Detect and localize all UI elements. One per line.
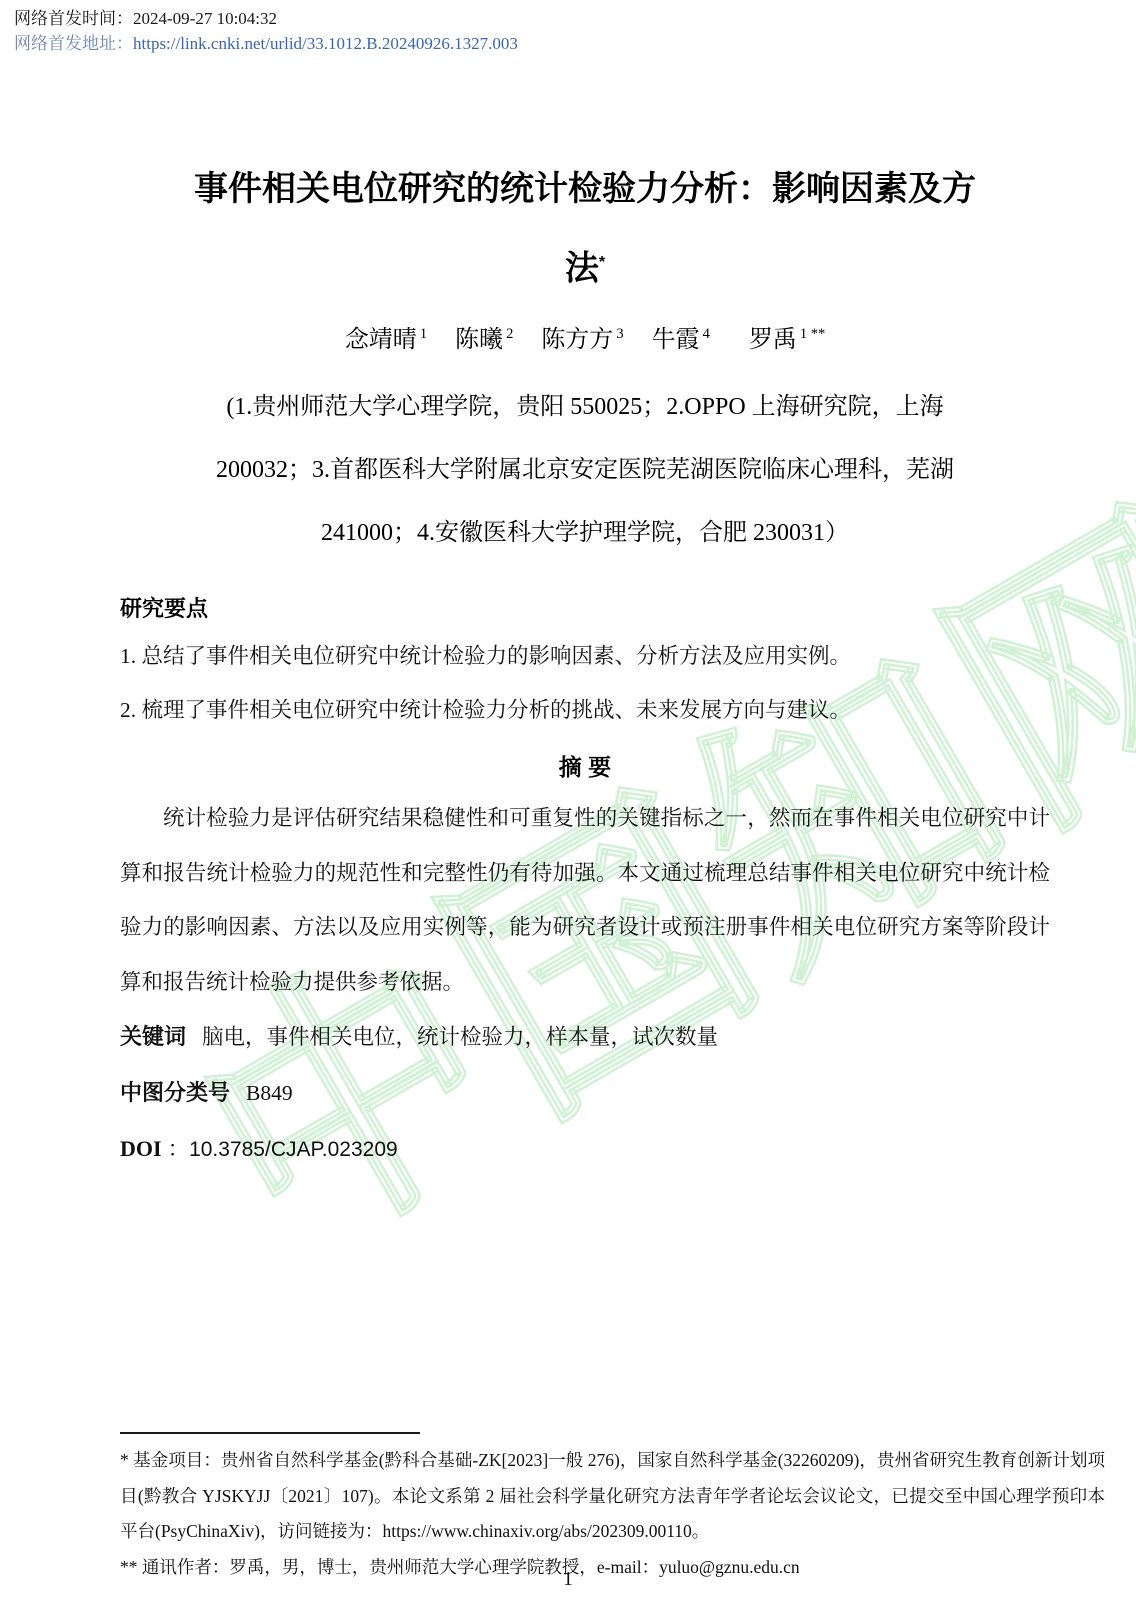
doi-separator: ： (168, 1137, 190, 1161)
author-1: 念靖晴1 (345, 327, 427, 353)
author-list: 念靖晴1 陈曦2 陈方方3 牛霞4 罗禹1 ** (120, 319, 1050, 354)
author-4-sup: 4 (703, 326, 710, 342)
publish-url-line: 网络首发地址：https://link.cnki.net/urlid/33.10… (14, 31, 1136, 56)
keywords-label: 关键词 (120, 1024, 186, 1049)
affiliations: (1.贵州师范大学心理学院，贵阳 550025；2.OPPO 上海研究院，上海 … (120, 376, 1050, 565)
author-3: 陈方方3 (541, 327, 623, 353)
publish-time-label: 网络首发时间： (14, 9, 133, 28)
publish-time-line: 网络首发时间：2024-09-27 10:04:32 (14, 6, 1136, 31)
author-3-name: 陈方方 (541, 327, 613, 353)
author-5-sup: 1 ** (800, 326, 825, 342)
article-title: 事件相关电位研究的统计检验力分析：影响因素及方 法* (120, 152, 1050, 305)
abstract-heading: 摘 要 (120, 743, 1050, 791)
author-5-name: 罗禹 (749, 327, 797, 353)
publish-url-label: 网络首发地址： (14, 34, 133, 53)
author-5: 罗禹1 ** (749, 327, 825, 353)
doi-value: 10.3785/CJAP.023209 (189, 1138, 398, 1161)
title-line2: 法 (565, 249, 599, 287)
page-number: 1 (0, 1568, 1136, 1591)
abstract-text: 统计检验力是评估研究结果稳健性和可重复性的关键指标之一，然而在事件相关电位研究中… (120, 791, 1050, 1009)
publish-url-link[interactable]: https://link.cnki.net/urlid/33.1012.B.20… (133, 34, 518, 53)
highlights-heading: 研究要点 (120, 589, 1050, 629)
author-4-name: 牛霞 (652, 327, 700, 353)
online-first-header: 网络首发时间：2024-09-27 10:04:32 网络首发地址：https:… (0, 0, 1136, 56)
classification-value: B849 (246, 1081, 293, 1105)
document-page: 中国知网 网络首发时间：2024-09-27 10:04:32 网络首发地址：h… (0, 0, 1136, 1604)
doi-label: DOI (120, 1136, 162, 1161)
highlight-item-2: 2. 梳理了事件相关电位研究中统计检验力分析的挑战、未来发展方向与建议。 (120, 683, 1050, 737)
article-body: 事件相关电位研究的统计检验力分析：影响因素及方 法* 念靖晴1 陈曦2 陈方方3… (120, 152, 1050, 1177)
author-4: 牛霞4 (652, 327, 710, 353)
author-2: 陈曦2 (455, 327, 513, 353)
classification-line: 中图分类号B849 (120, 1065, 1050, 1121)
affiliation-line-3: 241000；4.安徽医科大学护理学院，合肥 230031） (120, 502, 1050, 565)
keywords-text: 脑电，事件相关电位，统计检验力，样本量，试次数量 (202, 1025, 718, 1049)
author-1-sup: 1 (420, 326, 427, 342)
author-2-name: 陈曦 (455, 327, 503, 353)
author-1-name: 念靖晴 (345, 327, 417, 353)
funding-footnote: * 基金项目：贵州省自然科学基金(黔科合基础-ZK[2023]一般 276)，国… (120, 1443, 1105, 1550)
affiliation-line-2: 200032；3.首都医科大学附属北京安定医院芜湖医院临床心理科，芜湖 (120, 439, 1050, 502)
keywords-line: 关键词脑电，事件相关电位，统计检验力，样本量，试次数量 (120, 1009, 1050, 1065)
author-2-sup: 2 (506, 326, 513, 342)
highlight-item-1: 1. 总结了事件相关电位研究中统计检验力的影响因素、分析方法及应用实例。 (120, 629, 1050, 683)
classification-label: 中图分类号 (120, 1080, 230, 1105)
footnote-divider (120, 1432, 420, 1434)
doi-line: DOI：10.3785/CJAP.023209 (120, 1121, 1050, 1177)
affiliation-line-1: (1.贵州师范大学心理学院，贵阳 550025；2.OPPO 上海研究院，上海 (120, 376, 1050, 439)
title-footnote-mark: * (599, 254, 605, 271)
publish-time-value: 2024-09-27 10:04:32 (133, 9, 277, 28)
author-3-sup: 3 (616, 326, 623, 342)
title-line1: 事件相关电位研究的统计检验力分析：影响因素及方 (194, 170, 976, 208)
footnotes: * 基金项目：贵州省自然科学基金(黔科合基础-ZK[2023]一般 276)，国… (120, 1432, 1105, 1585)
